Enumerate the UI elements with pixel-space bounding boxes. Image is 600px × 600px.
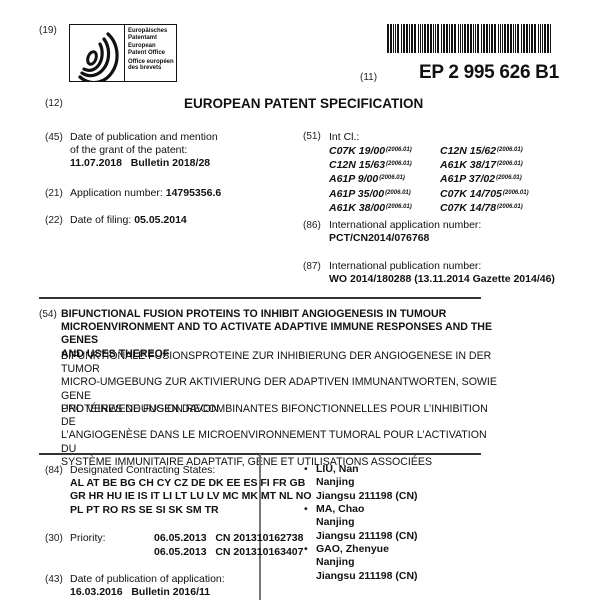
int-cl-entry: C07K 19/00(2006.01) <box>329 144 412 158</box>
inventor-region: Jiangsu 211198 (CN) <box>316 530 418 543</box>
designated-states-line: AL AT BE BG CH CY CZ DE DK EE ES FI FR G… <box>70 477 312 490</box>
int-cl-entry: C07K 14/78(2006.01) <box>440 201 529 215</box>
filing-date: 05.05.2014 <box>134 214 187 226</box>
bullet-icon: • <box>304 543 308 556</box>
intl-application-number: PCT/CN2014/076768 <box>329 232 481 245</box>
designated-states-line: GR HR HU IE IS IT LI LT LU LV MC MK MT N… <box>70 490 312 503</box>
designated-states-label: Designated Contracting States: <box>70 464 312 477</box>
section-divider-top <box>39 297 481 299</box>
document-type-title: EUROPEAN PATENT SPECIFICATION <box>184 96 423 111</box>
inventor-entry: • LIU, Nan Nanjing Jiangsu 211198 (CN) <box>316 463 418 503</box>
int-cl-column-2: C12N 15/62(2006.01)A61K 38/17(2006.01)A6… <box>440 144 529 215</box>
filing-date-section: (22) Date of filing: 05.05.2014 <box>45 214 63 227</box>
intl-application-section: (86) International application number: P… <box>303 219 321 232</box>
inid-code-21: (21) <box>45 188 63 199</box>
application-number-label: Application number: <box>70 187 163 199</box>
grant-label: Date of publication and mention <box>70 131 218 144</box>
int-cl-entry: A61K 38/00(2006.01) <box>329 201 412 215</box>
int-cl-entry: A61P 35/00(2006.01) <box>329 187 412 201</box>
inid-code-30: (30) <box>45 533 63 544</box>
int-cl-entry: C12N 15/62(2006.01) <box>440 144 529 158</box>
int-cl-entry: A61K 38/17(2006.01) <box>440 158 529 172</box>
intl-publication-label: International publication number: <box>329 260 555 273</box>
publication-number: EP 2 995 626 B1 <box>419 62 559 84</box>
int-cl-entry: A61P 37/02(2006.01) <box>440 172 529 186</box>
application-number: 14795356.6 <box>166 187 221 199</box>
priority-section: (30) Priority: 06.05.2013 CN 20131016273… <box>45 532 63 545</box>
inid-code-12: (12) <box>45 98 63 109</box>
inid-code-87: (87) <box>303 261 321 272</box>
priority-entry: 06.05.2013 CN 201310162738 <box>154 532 304 545</box>
intl-publication-section: (87) International publication number: W… <box>303 260 321 273</box>
int-cl-column-1: C07K 19/00(2006.01)C12N 15/63(2006.01)A6… <box>329 144 412 215</box>
intl-publication-number: WO 2014/180288 (13.11.2014 Gazette 2014/… <box>329 273 555 286</box>
inventor-city: Nanjing <box>316 516 418 529</box>
inid-code-11: (11) <box>360 72 377 83</box>
grant-date: 11.07.2018 Bulletin 2018/28 <box>70 157 218 170</box>
int-cl-entry: C12N 15/63(2006.01) <box>329 158 412 172</box>
designated-states-section: (84) Designated Contracting States: AL A… <box>45 464 63 477</box>
int-cl-label: Int Cl.: <box>329 131 359 144</box>
inid-code-84: (84) <box>45 465 63 476</box>
application-publication-section: (43) Date of publication of application:… <box>45 573 63 586</box>
inventor-entry: • GAO, Zhenyue Nanjing Jiangsu 211198 (C… <box>316 543 418 583</box>
title-french: PROTÉINES DE FUSION RECOMBINANTES BIFONC… <box>61 403 501 469</box>
inid-code-51: (51) <box>303 131 321 142</box>
inventor-name: MA, Chao <box>316 503 418 516</box>
epo-logo-text: EuropäischesPatentamt EuropeanPatent Off… <box>128 28 174 74</box>
inventor-entry: • MA, Chao Nanjing Jiangsu 211198 (CN) <box>316 503 418 543</box>
inid-code-86: (86) <box>303 220 321 231</box>
barcode <box>387 24 551 53</box>
epo-logo: EuropäischesPatentamt EuropeanPatent Off… <box>69 24 177 82</box>
priority-entry: 06.05.2013 CN 201310163407 <box>154 546 304 559</box>
bullet-icon: • <box>304 503 308 516</box>
inid-code-45: (45) <box>45 131 63 144</box>
filing-date-label: Date of filing: <box>70 214 131 226</box>
priority-label: Priority: <box>70 532 106 545</box>
application-publication-label: Date of publication of application: <box>70 573 225 586</box>
int-cl-entry: A61P 9/00(2006.01) <box>329 172 412 186</box>
bullet-icon: • <box>304 463 308 476</box>
application-publication-date: 16.03.2016 Bulletin 2016/11 <box>70 586 225 599</box>
inventor-name: LIU, Nan <box>316 463 418 476</box>
epo-logo-icon <box>70 25 125 81</box>
inventor-region: Jiangsu 211198 (CN) <box>316 570 418 583</box>
designated-states-line: PL PT RO RS SE SI SK SM TR <box>70 504 312 517</box>
intl-application-label: International application number: <box>329 219 481 232</box>
inid-code-19: (19) <box>39 25 57 36</box>
inid-code-22: (22) <box>45 215 63 226</box>
inventor-region: Jiangsu 211198 (CN) <box>316 490 418 503</box>
inventor-city: Nanjing <box>316 556 418 569</box>
inid-code-43: (43) <box>45 574 63 585</box>
inventor-city: Nanjing <box>316 476 418 489</box>
application-number-section: (21) Application number: 14795356.6 <box>45 187 63 200</box>
int-cl-entry: C07K 14/705(2006.01) <box>440 187 529 201</box>
inid-code-54: (54) <box>39 309 57 320</box>
grant-label-2: of the grant of the patent: <box>70 144 218 157</box>
inventor-name: GAO, Zhenyue <box>316 543 418 556</box>
